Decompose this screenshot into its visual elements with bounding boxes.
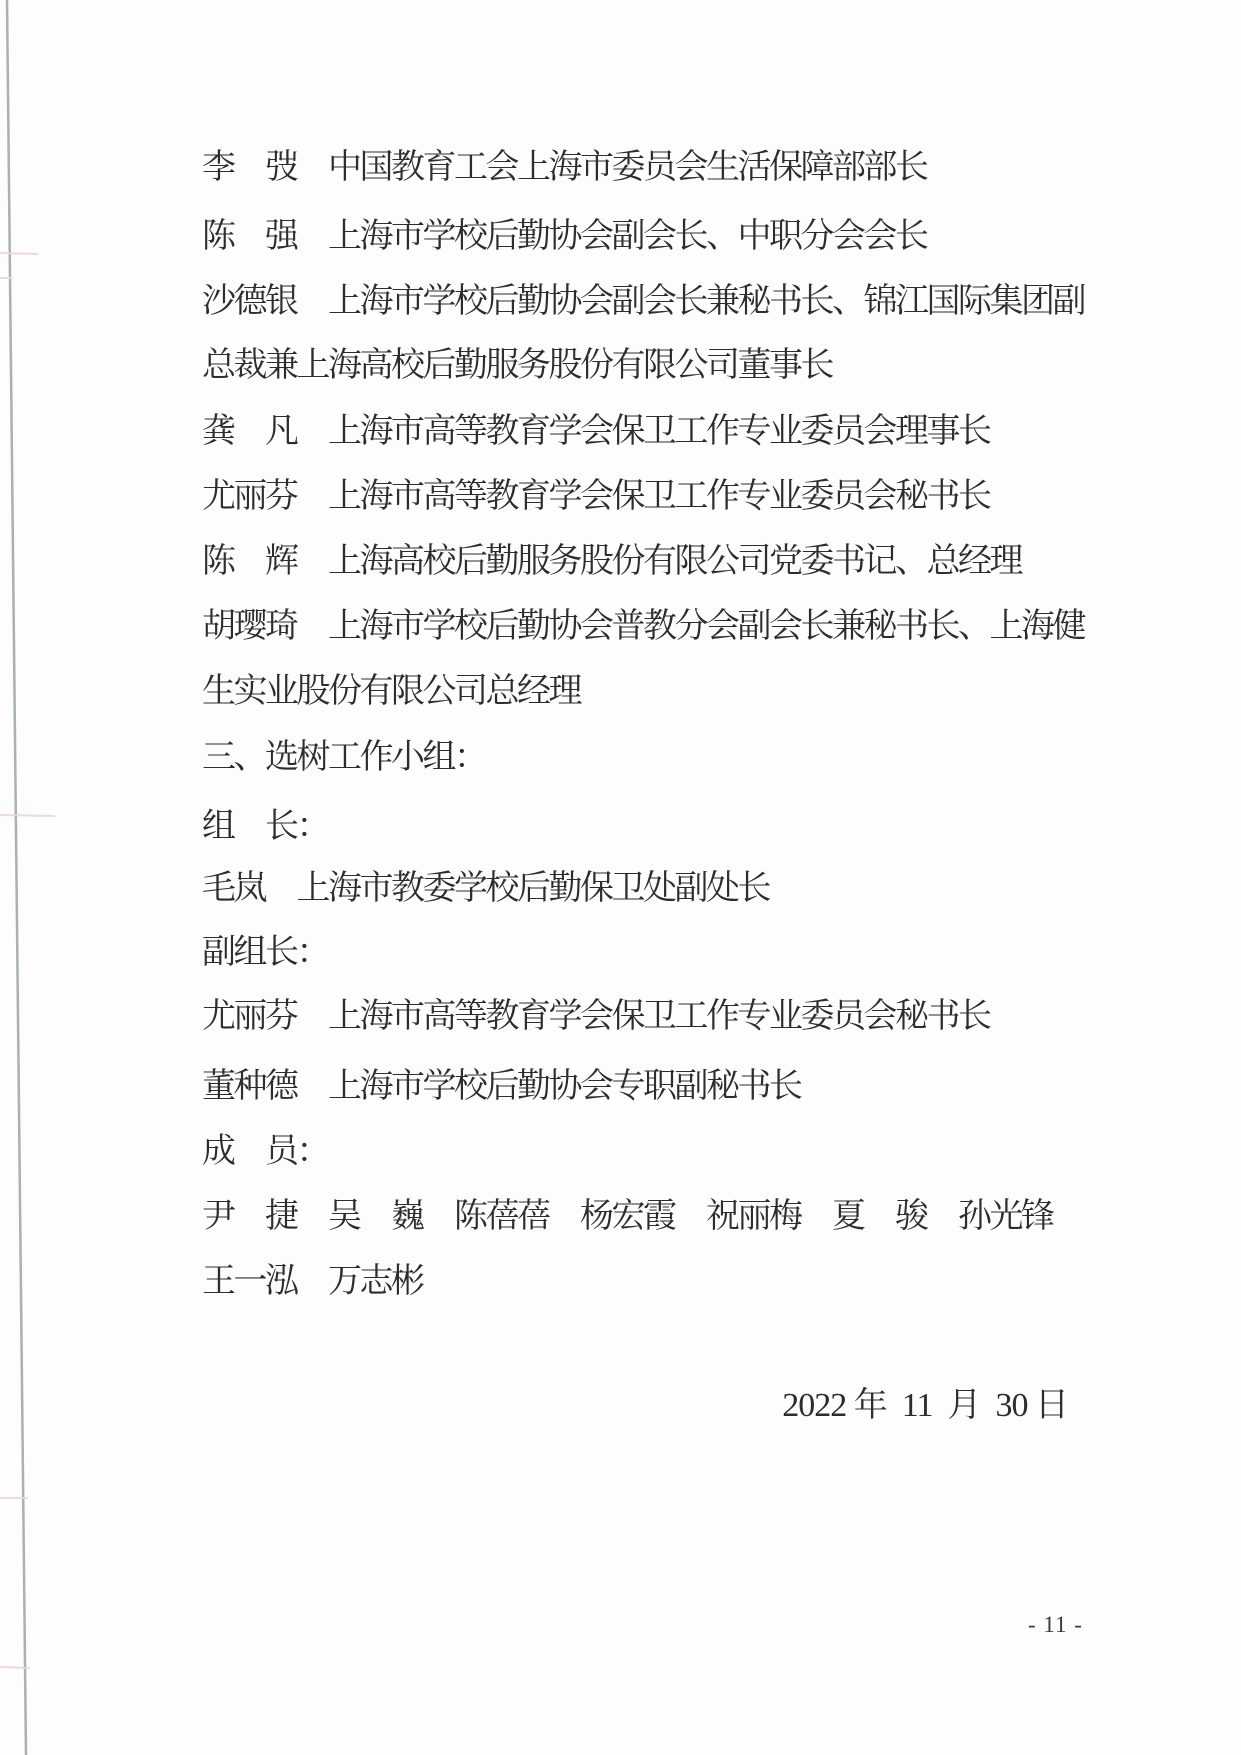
scanned-document-page: 李 弢 中国教育工会上海市委员会生活保障部部长 陈 强 上海市学校后勤协会副会长… (0, 0, 1241, 1755)
leader-entry: 尤丽芬 上海市高等教育学会保卫工作专业委员会秘书长 (202, 995, 990, 1039)
scan-page-edge-line (7, 0, 26, 1755)
entry-continuation: 总裁兼上海高校后勤服务股份有限公司董事长 (202, 344, 832, 388)
scan-faint-line-3 (0, 815, 55, 816)
entry-continuation: 生实业股份有限公司总经理 (202, 670, 580, 714)
scan-faint-line-1 (0, 253, 38, 254)
leader-entry: 陈 辉 上海高校后勤服务股份有限公司党委书记、总经理 (202, 540, 1021, 584)
role-label: 副组长： (202, 931, 328, 975)
leader-entry: 尤丽芬 上海市高等教育学会保卫工作专业委员会秘书长 (202, 475, 990, 519)
member-names-row: 尹 捷 吴 巍 陈蓓蓓 杨宏霞 祝丽梅 夏 骏 孙光锋 (202, 1195, 1053, 1239)
leader-entry: 毛岚 上海市教委学校后勤保卫处副处长 (202, 867, 769, 911)
member-names-row: 王一泓 万志彬 (202, 1260, 423, 1304)
document-date: 2022 年 11 月 30 日 (782, 1384, 1068, 1428)
scan-faint-line-5 (0, 1667, 30, 1668)
role-label: 组 长： (202, 805, 328, 849)
role-label: 成 员： (202, 1130, 328, 1174)
leader-entry: 李 弢 中国教育工会上海市委员会生活保障部部长 (202, 146, 927, 190)
section-heading: 三、选树工作小组： (202, 736, 486, 780)
leader-entry: 胡璎琦 上海市学校后勤协会普教分会副会长兼秘书长、上海健 (202, 605, 1084, 649)
page-number: - 11 - (1028, 1612, 1083, 1638)
leader-entry: 沙德银 上海市学校后勤协会副会长兼秘书长、锦江国际集团副 (202, 280, 1084, 324)
leader-entry: 龚 凡 上海市高等教育学会保卫工作专业委员会理事长 (202, 410, 990, 454)
leader-entry: 陈 强 上海市学校后勤协会副会长、中职分会会长 (202, 215, 927, 259)
leader-entry: 董种德 上海市学校后勤协会专职副秘书长 (202, 1065, 801, 1109)
